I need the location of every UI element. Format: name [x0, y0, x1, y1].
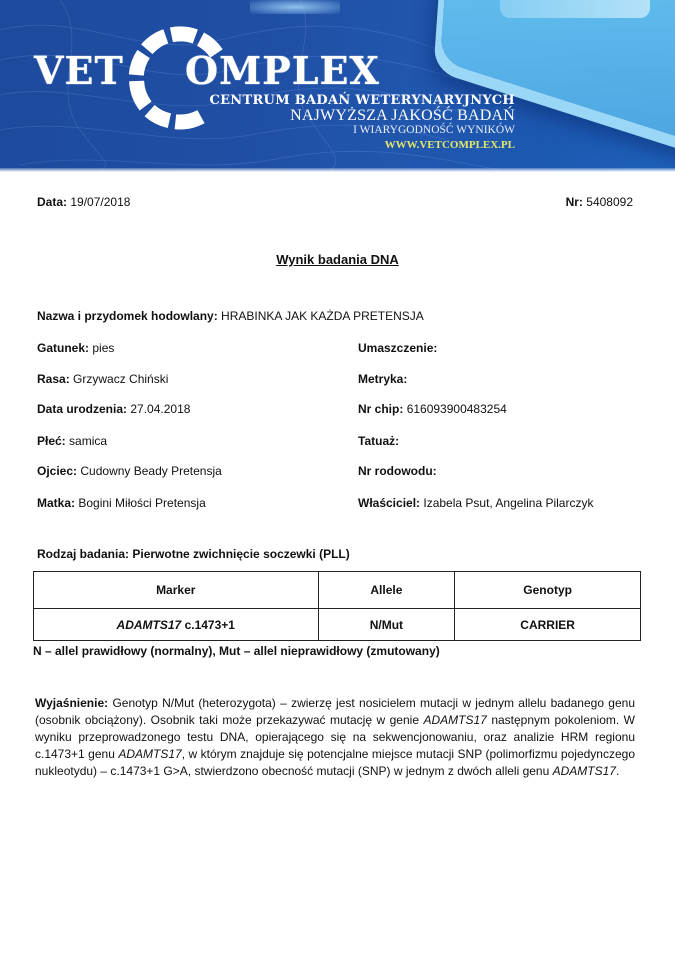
field-label: Umaszczenie: — [358, 341, 437, 355]
field-coat-color: Umaszczenie: — [358, 341, 437, 355]
explanation-paragraph: Wyjaśnienie: Genotyp N/Mut (heterozygota… — [35, 695, 635, 780]
column-header-marker: Marker — [34, 572, 319, 609]
results-table: Marker Allele Genotyp ADAMTS17 c.1473+1 … — [33, 571, 641, 641]
banner-glow — [250, 0, 340, 14]
field-label: Rasa: — [37, 372, 70, 386]
number-label: Nr: — [566, 195, 583, 209]
marker-gene: ADAMTS17 — [117, 618, 182, 632]
field-value: Izabela Psut, Angelina Pilarczyk — [423, 496, 593, 510]
field-value: Cudowny Beady Pretensja — [80, 464, 221, 478]
logo-text-vet: VET — [34, 52, 124, 90]
report-number: Nr: 5408092 — [566, 195, 633, 209]
field-value: pies — [92, 341, 114, 355]
field-value: 27.04.2018 — [130, 402, 190, 416]
report-date: Data: 19/07/2018 — [37, 195, 130, 209]
animal-name-label: Nazwa i przydomek hodowlany: — [37, 309, 218, 323]
gene-name: ADAMTS17 — [553, 764, 616, 778]
table-row: ADAMTS17 c.1473+1 N/Mut CARRIER — [34, 609, 641, 641]
field-label: Data urodzenia: — [37, 402, 127, 416]
header-banner: VET OMPLEX CENTRUM BADAŃ WETERYNARYJNYCH… — [0, 0, 675, 172]
cube-highlight — [500, 0, 650, 18]
field-sire: Ojciec: Cudowny Beady Pretensja — [37, 464, 222, 478]
test-type: Rodzaj badania: Pierwotne zwichnięcie so… — [37, 547, 350, 561]
field-label: Nr rodowodu: — [358, 464, 437, 478]
field-metric: Metryka: — [358, 372, 407, 386]
field-label: Metryka: — [358, 372, 407, 386]
gene-name: ADAMTS17 — [423, 713, 486, 727]
allele-legend: N – allel prawidłowy (normalny), Mut – a… — [33, 644, 440, 658]
explanation-text-4: . — [616, 764, 619, 778]
field-tattoo: Tatuaż: — [358, 434, 399, 448]
marker-variant: c.1473+1 — [185, 618, 235, 632]
field-dam: Matka: Bogini Miłości Pretensja — [37, 496, 206, 510]
animal-name: Nazwa i przydomek hodowlany: HRABINKA JA… — [37, 309, 424, 323]
logo-text-omplex: OMPLEX — [185, 52, 380, 90]
column-header-genotype: Genotyp — [455, 572, 641, 609]
field-breed: Rasa: Grzywacz Chiński — [37, 372, 168, 386]
animal-name-value: HRABINKA JAK KAŻDA PRETENSJA — [221, 309, 424, 323]
tagline-centre: CENTRUM BADAŃ WETERYNARYJNYCH — [209, 94, 515, 107]
field-sex: Płeć: samica — [37, 434, 107, 448]
date-label: Data: — [37, 195, 67, 209]
field-label: Właściciel: — [358, 496, 420, 510]
field-label: Matka: — [37, 496, 75, 510]
cell-genotype: CARRIER — [455, 609, 641, 641]
field-label: Gatunek: — [37, 341, 89, 355]
explanation-label: Wyjaśnienie: — [35, 696, 108, 710]
cell-marker: ADAMTS17 c.1473+1 — [34, 609, 319, 641]
cell-allele: N/Mut — [318, 609, 455, 641]
field-value: samica — [69, 434, 107, 448]
number-value: 5408092 — [586, 195, 633, 209]
tagline-quality: NAJWYŻSZA JAKOŚĆ BADAŃ — [290, 108, 515, 124]
table-header-row: Marker Allele Genotyp — [34, 572, 641, 609]
field-birth-date: Data urodzenia: 27.04.2018 — [37, 402, 190, 416]
date-value: 19/07/2018 — [70, 195, 130, 209]
field-label: Ojciec: — [37, 464, 77, 478]
field-value: 616093900483254 — [407, 402, 507, 416]
column-header-allele: Allele — [318, 572, 455, 609]
field-label: Płeć: — [37, 434, 66, 448]
gene-name: ADAMTS17 — [118, 747, 181, 761]
field-label: Nr chip: — [358, 402, 403, 416]
field-chip: Nr chip: 616093900483254 — [358, 402, 507, 416]
page-title: Wynik badania DNA — [0, 252, 675, 267]
field-pedigree-number: Nr rodowodu: — [358, 464, 437, 478]
field-value: Bogini Miłości Pretensja — [78, 496, 205, 510]
test-type-value: Pierwotne zwichnięcie soczewki (PLL) — [132, 547, 349, 561]
tagline-reliability: I WIARYGODNOŚĆ WYNIKÓW — [353, 125, 515, 137]
banner-bottom-edge — [0, 168, 675, 172]
test-type-label: Rodzaj badania: — [37, 547, 129, 561]
website-link[interactable]: WWW.VETCOMPLEX.PL — [385, 140, 515, 151]
field-label: Tatuaż: — [358, 434, 399, 448]
field-owner: Właściciel: Izabela Psut, Angelina Pilar… — [358, 496, 593, 510]
field-value: Grzywacz Chiński — [73, 372, 168, 386]
field-species: Gatunek: pies — [37, 341, 114, 355]
